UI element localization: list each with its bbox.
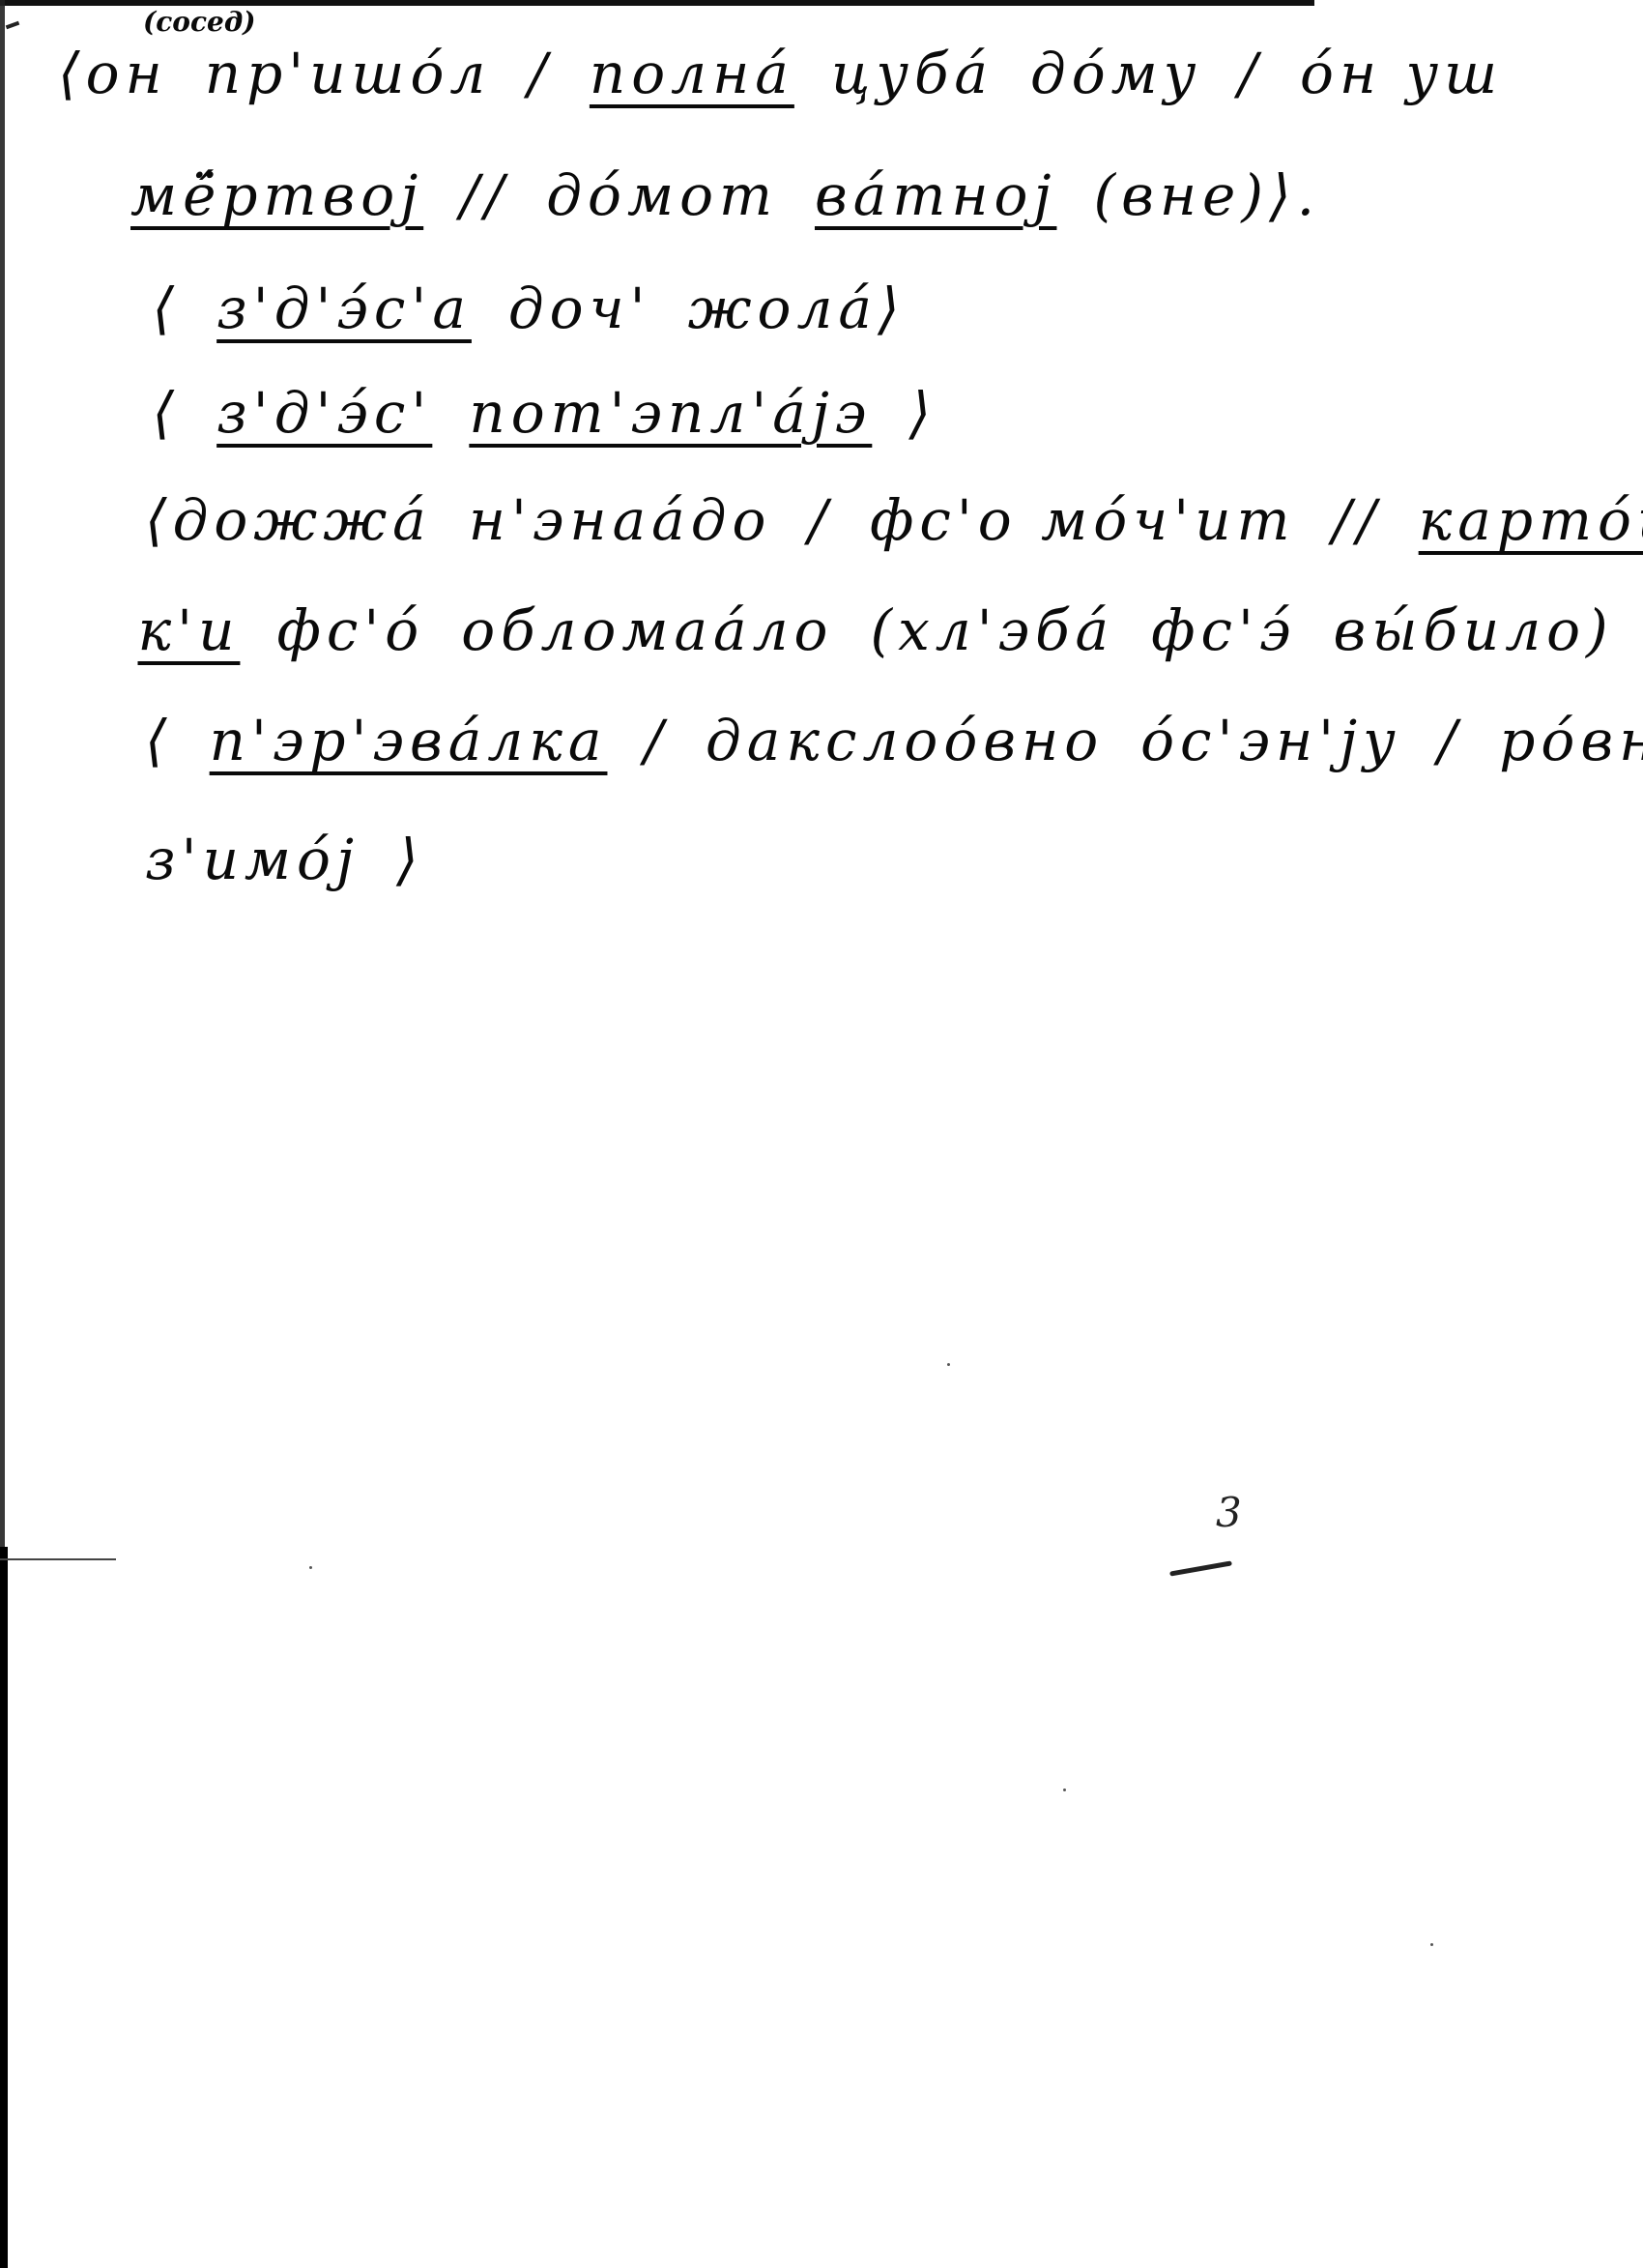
word: о́с'эн'ју: [1140, 708, 1401, 773]
underlined-word: ва́тној: [815, 162, 1056, 228]
word: //: [460, 162, 509, 228]
word: жола́⟩: [688, 276, 906, 341]
word: пр'ишо́л: [205, 41, 492, 106]
underlined-word: карто́ш-: [1419, 487, 1643, 553]
word: ⟩: [396, 827, 424, 892]
transcription-line: ⟨з'д'э́с'адоч'жола́⟩: [153, 276, 906, 341]
annotation-neighbor: (сосед): [143, 6, 256, 38]
word: ⟩: [908, 380, 937, 446]
scan-speck: [309, 1566, 312, 1569]
word: ро́вно: [1499, 708, 1643, 773]
word: //: [1333, 487, 1382, 553]
transcription-line: ⟨дожжа́н'энаа́до/фс'о мо́ч'ит//карто́ш-: [145, 487, 1643, 553]
scan-speck: [947, 1363, 950, 1366]
word: ⟨: [145, 708, 173, 773]
transcription-line: ⟨онпр'ишо́л/полна́цуба́до́му/о́н уш: [58, 41, 1503, 106]
transcription-line: ⟨з'д'э́с'пот'эпл'а́јэ⟩: [153, 380, 937, 446]
word: (вне)⟩.: [1093, 162, 1320, 228]
word: о́н уш: [1300, 41, 1503, 106]
corner-mark: [6, 21, 20, 30]
underlined-word: з'д'э́с': [216, 380, 432, 446]
scanned-page: (сосед) ⟨онпр'ишо́л/полна́цуба́до́му/о́н…: [0, 0, 1643, 2268]
word: до́му: [1030, 41, 1201, 106]
word: /: [644, 708, 669, 773]
word: обломаа́ло: [461, 597, 833, 663]
word: /: [528, 41, 553, 106]
word: /: [1438, 708, 1463, 773]
word: цуба́: [831, 41, 994, 106]
underlined-word: п'эр'эва́лка: [210, 708, 608, 773]
underlined-word: з'д'э́с'а: [216, 276, 472, 341]
underlined-word: мё́ртвој: [130, 162, 423, 228]
word: дакслоо́вно: [706, 708, 1104, 773]
word: ⟨: [153, 380, 181, 446]
word: н'энаа́до: [469, 487, 772, 553]
page-number: 3: [1216, 1489, 1242, 1536]
word: ⟨дожжа́: [145, 487, 432, 553]
page-number-flourish: [1169, 1560, 1232, 1576]
underlined-word: к'и: [138, 597, 241, 663]
word: /: [808, 487, 833, 553]
margin-mark: [0, 1558, 116, 1560]
word: фс'о мо́ч'ит: [870, 487, 1296, 553]
word: /: [1238, 41, 1263, 106]
word: фс'э́: [1151, 597, 1296, 663]
word: ⟨он: [58, 41, 168, 106]
word: з'имо́ј: [145, 827, 360, 892]
word: ⟨: [153, 276, 181, 341]
transcription-line: мё́ртвој//до́мотва́тној(вне)⟩.: [130, 162, 1320, 228]
underlined-word: пот'эпл'а́јэ: [469, 380, 872, 446]
binding-shadow: [0, 1547, 8, 2268]
scan-speck: [1430, 1943, 1433, 1946]
word: до́мот: [546, 162, 778, 228]
word: фс'о́: [276, 597, 424, 663]
underlined-word: полна́: [590, 41, 794, 106]
scan-speck: [1063, 1788, 1066, 1791]
word: вы́било): [1333, 597, 1613, 663]
transcription-line: к'ифс'о́обломаа́ло(хл'эба́фс'э́вы́било): [138, 597, 1614, 663]
transcription-line: з'имо́ј⟩: [145, 827, 424, 892]
word: (хл'эба́: [870, 597, 1114, 663]
word: доч': [508, 276, 651, 341]
transcription-line: ⟨п'эр'эва́лка/дакслоо́вноо́с'эн'ју/ро́вн…: [145, 708, 1643, 773]
